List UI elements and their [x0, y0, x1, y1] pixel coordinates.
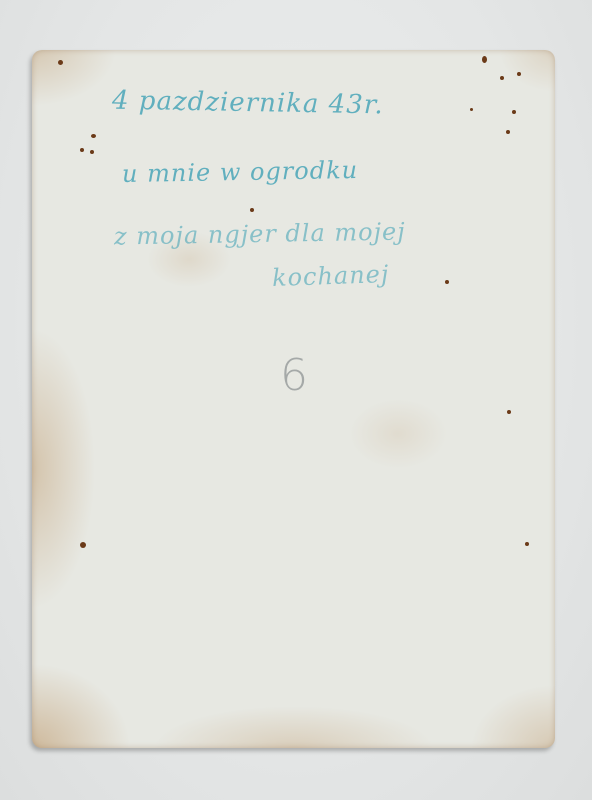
foxing-spot [80, 542, 86, 548]
foxing-spot [90, 150, 94, 154]
foxing-spot [512, 110, 516, 114]
inscription-line-2: u mnie w ogrodku [122, 156, 359, 188]
inscription-line-1: 4 pazdziernika 43r. [112, 86, 384, 121]
foxing-spot [517, 72, 521, 76]
pencil-number: 6 [280, 350, 308, 401]
foxing-spot [80, 148, 84, 152]
foxing-spot [525, 542, 529, 546]
foxing-spot [250, 208, 254, 212]
inscription-line-3: z moja ngjer dla mojej [114, 217, 406, 250]
foxing-spot [482, 56, 487, 63]
foxing-spot [470, 108, 473, 111]
foxing-spot [58, 60, 63, 65]
inscription-line-4: kochanej [272, 260, 390, 292]
photo-back: 4 pazdziernika 43r. u mnie w ogrodku z m… [32, 50, 555, 748]
foxing-spot [445, 280, 449, 284]
foxing-spot [500, 76, 504, 80]
foxing-spot [507, 410, 511, 414]
foxing-spot [91, 134, 96, 138]
foxing-spot [506, 130, 510, 134]
